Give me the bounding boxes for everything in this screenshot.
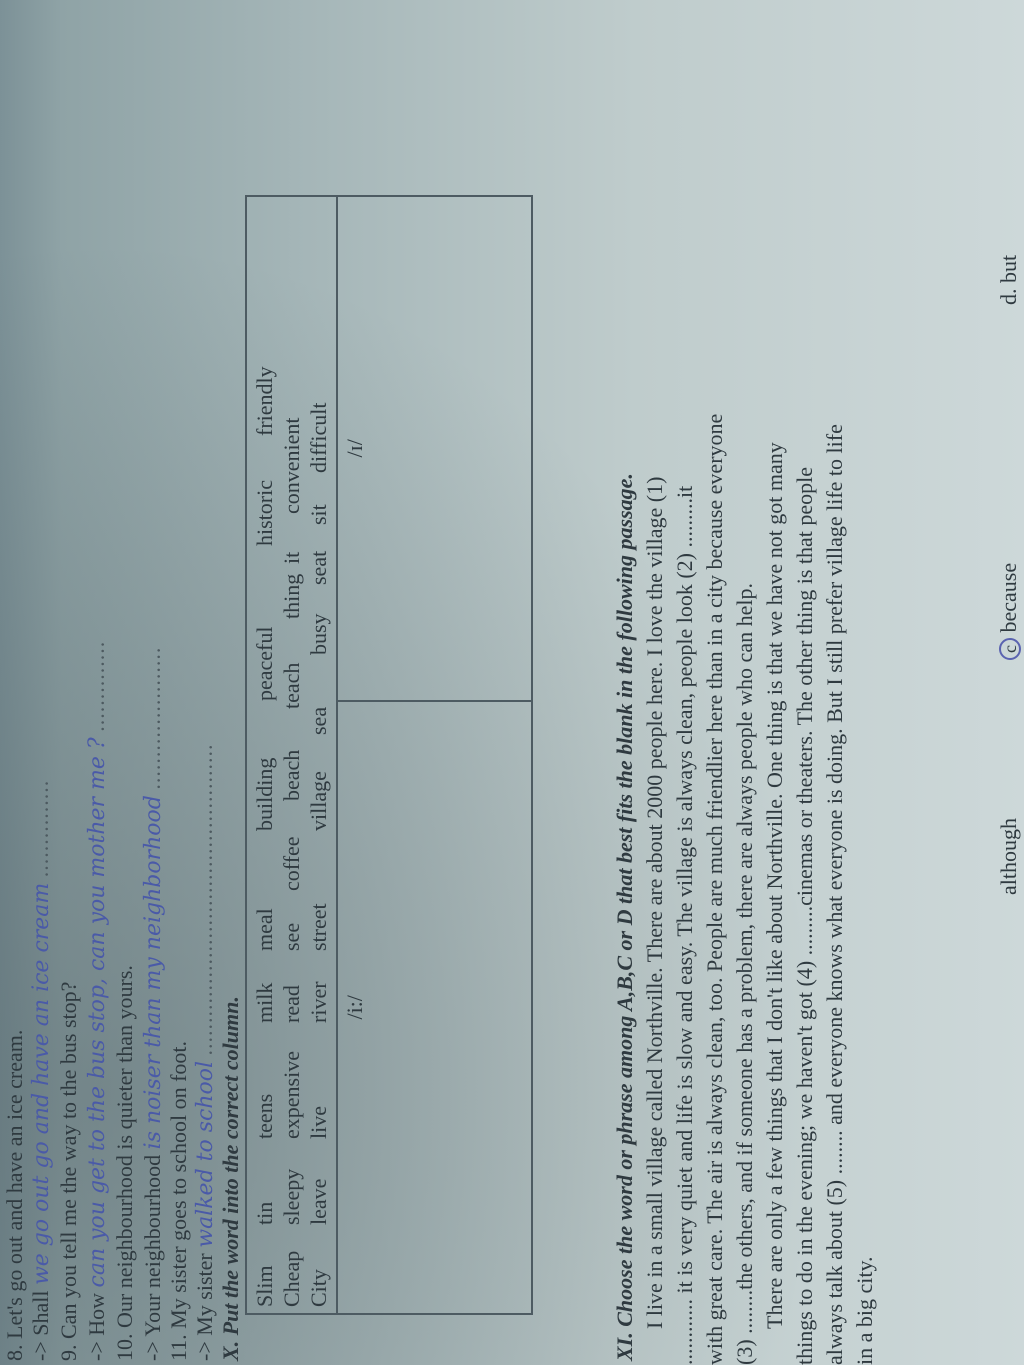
item-8-prompt: 8. Let's go out and have an ice cream. (2, 1030, 28, 1361)
word-item[interactable]: Slim (251, 1225, 278, 1307)
word-row: Slimtinteensmilkmealbuildingpeacefulhist… (251, 203, 278, 1307)
word-item[interactable]: street (305, 831, 332, 951)
word-item[interactable]: seat (305, 525, 332, 585)
item-10-prompt: 10. Our neighbourhood is quieter than yo… (112, 965, 138, 1361)
phonetics-table: Slimtinteensmilkmealbuildingpeacefulhist… (245, 195, 533, 1315)
column-label: /ɪ/ (342, 439, 367, 457)
passage-line: I live in a small village called Northvi… (640, 5, 670, 1365)
column-long-i[interactable]: /i:/ (337, 701, 532, 1314)
word-item[interactable]: peaceful (251, 546, 278, 701)
word-item[interactable]: read (278, 951, 305, 1023)
item-11-prompt: 11. My sister goes to school on foot. (166, 1041, 192, 1361)
word-item[interactable]: City (305, 1225, 332, 1307)
section-x-heading: X. Put the word into the correct column. (218, 996, 244, 1361)
word-item[interactable]: teach (278, 619, 305, 709)
word-item[interactable]: sleepy (278, 1139, 305, 1225)
word-item[interactable]: milk (251, 951, 278, 1023)
word-item[interactable]: village (305, 735, 332, 831)
option-b[interactable]: although (996, 818, 1022, 895)
word-item[interactable]: it (278, 514, 305, 564)
word-item[interactable]: leave (305, 1139, 332, 1225)
passage-line: in a big city. (850, 5, 880, 1365)
word-item[interactable]: see (278, 891, 305, 951)
column-short-i[interactable]: /ɪ/ (337, 196, 532, 701)
word-item[interactable]: sea (305, 655, 332, 735)
passage-line: There are only a few things that I don't… (760, 5, 790, 1365)
option-c[interactable]: c because (996, 563, 1022, 660)
word-item[interactable]: sit (305, 473, 332, 525)
item-9-answer-line: -> How can you get to the bus stop, can … (84, 641, 110, 1361)
column-label: /i:/ (342, 995, 367, 1019)
word-item[interactable]: expensive (278, 1023, 305, 1139)
passage-line: (3) ........the others, and if someone h… (730, 5, 760, 1365)
word-row: Cityleaveliveriverstreetvillageseabusyse… (305, 203, 332, 1307)
passage: I live in a small village called Northvi… (640, 5, 880, 1365)
word-item[interactable]: beach (278, 709, 305, 801)
word-item[interactable]: live (305, 1023, 332, 1139)
word-item[interactable]: busy (305, 585, 332, 655)
worksheet-page: 8. Let's go out and have an ice cream. -… (0, 0, 1024, 1365)
selected-circle-icon: c (999, 638, 1021, 660)
word-item[interactable]: thing (278, 564, 305, 619)
word-item[interactable]: tin (251, 1139, 278, 1225)
word-item[interactable]: building (251, 701, 278, 831)
word-item[interactable]: coffee (278, 801, 305, 891)
passage-line: always talk about (5) ........ and every… (820, 5, 850, 1365)
word-item[interactable]: teens (251, 1023, 278, 1139)
word-item[interactable]: difficult (305, 363, 332, 473)
word-item[interactable]: Cheap (278, 1225, 305, 1307)
handwritten-answer: can you get to the bus stop, can you mot… (85, 737, 110, 1287)
passage-line: ............ it is very quiet and life i… (670, 5, 700, 1365)
word-item[interactable]: historic (251, 436, 278, 546)
word-item[interactable]: convenient (278, 404, 305, 514)
word-item[interactable]: meal (251, 831, 278, 951)
handwritten-answer: is noiser than my neighborhood (141, 795, 166, 1149)
item-8-answer-line: -> Shall we go out go and have an ice cr… (28, 780, 54, 1361)
item-9-prompt: 9. Can you tell me the way to the bus st… (56, 982, 82, 1361)
item-11-answer-line: -> My sister walked to school ..........… (192, 743, 218, 1361)
option-d[interactable]: d. but (996, 255, 1022, 305)
passage-line: with great care. The air is always clean… (700, 5, 730, 1365)
passage-line: things to do in the evening; we haven't … (790, 5, 820, 1365)
word-item[interactable]: river (305, 951, 332, 1023)
word-bank: Slimtinteensmilkmealbuildingpeacefulhist… (246, 196, 337, 1314)
item-10-answer-line: -> Your neighbourhood is noiser than my … (140, 647, 166, 1361)
word-item[interactable]: friendly (251, 336, 278, 436)
handwritten-answer: we go out go and have an ice cream (29, 883, 54, 1285)
word-row: Cheapsleepyexpensivereadseecoffeebeachte… (278, 203, 305, 1307)
section-xi-heading: XI. Choose the word or phrase among A,B,… (612, 473, 638, 1361)
handwritten-answer: walked to school (193, 1061, 218, 1248)
